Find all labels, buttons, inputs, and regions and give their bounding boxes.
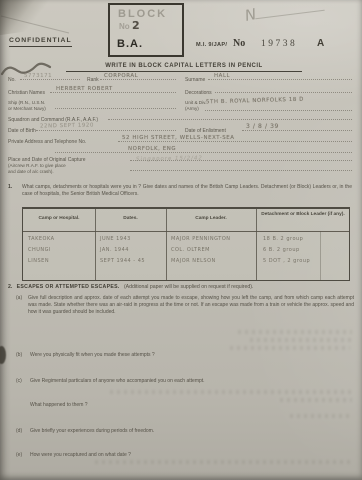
table-cell: CHUNGI [28, 245, 55, 256]
field-rank-value: CORPORAL [104, 73, 138, 79]
bleed-through-mark [250, 338, 352, 342]
capture-label-line3: and date of a/c crash). [8, 169, 86, 175]
field-no-label: No. [8, 77, 16, 83]
instruction-banner: WRITE IN BLOCK CAPITAL LETTERS IN PENCIL [66, 63, 302, 72]
table-header-divider [23, 231, 349, 232]
item-d-key: (d) [16, 428, 22, 435]
dotted-line [130, 163, 352, 171]
field-christian-names-value: HERBERT ROBERT [56, 86, 113, 92]
field-surname-label: Surname [185, 77, 205, 83]
field-decorations-label: Decorations [185, 90, 212, 96]
table-col-leader-values: MAJOR PENNINGTON COL. OLTREM MAJOR NELSO… [171, 234, 231, 267]
bleed-through-mark [230, 346, 350, 350]
pencil-n-mark: N [243, 5, 258, 25]
table-col-dates-values: JUNE 1943 JAN. 1944 SEPT 1944 - 45 [100, 234, 145, 267]
section2-heading: 2. ESCAPES OR ATTEMPTED ESCAPES. (Additi… [8, 284, 354, 290]
table-cell: 5 DOT , 2 group [263, 256, 310, 267]
table-header-dates: Dates. [95, 216, 166, 222]
table-cell: MAJOR NELSON [171, 256, 231, 267]
field-capture-value: Singapore 15/2/42 [136, 155, 203, 162]
field-no-value: 5773171 [24, 73, 52, 79]
serial-no-label: No [233, 38, 245, 49]
section2-note: (Additional paper will be supplied on re… [124, 284, 253, 290]
ref-code: M.I. 9/JAP/ [196, 42, 227, 48]
field-surname-value: HALL [214, 73, 230, 79]
stamp-no-text: No [119, 22, 130, 31]
bleed-through-mark [238, 330, 352, 334]
table-cell: COL. OLTREM [171, 245, 231, 256]
pow-questionnaire-form: CONFIDENTIAL BLOCK No 2 B.A. M.I. 9/JAP/… [0, 0, 362, 480]
dotted-line [108, 112, 352, 120]
serial-suffix: A [317, 38, 324, 49]
ship-label-line2: or Merchant Navy) [8, 106, 46, 112]
dotted-line [215, 85, 352, 93]
section2-title: ESCAPES OR ATTEMPTED ESCAPES. [17, 284, 120, 290]
bleed-through-mark [290, 414, 352, 418]
table-cell: LINSEN [28, 256, 55, 267]
field-ship-label: Ship (R.N., U.S.N. or Merchant Navy) [8, 100, 46, 111]
table-header-detachment: Detachment or Block Leader (if any). [261, 212, 345, 218]
confidential-label: CONFIDENTIAL [9, 37, 72, 47]
bleed-through-mark [280, 398, 352, 402]
field-enlistment-value: 3 / 8 / 39 [246, 123, 279, 130]
table-cell: JUNE 1943 [100, 234, 145, 245]
block-stamp: BLOCK No 2 B.A. [108, 3, 184, 57]
item-b-key: (b) [16, 352, 22, 359]
unit-label-line2: (Army) [185, 106, 206, 112]
table-cell: SEPT 1944 - 45 [100, 256, 145, 267]
dotted-line [55, 145, 352, 153]
item-e-text: How were you recaptured and on what date… [30, 452, 350, 459]
table-column-divider [256, 209, 257, 280]
table-col-detachment-values: 18 B. 2 group 6 B. 2 group 5 DOT , 2 gro… [263, 234, 310, 267]
table-cell: TAKEOKA [28, 234, 55, 245]
item-c2-text: What happened to them ? [30, 402, 350, 409]
bleed-through-mark [95, 460, 352, 464]
pencil-stroke [255, 10, 325, 20]
binder-mark [0, 346, 6, 364]
item-b-text: Were you physically fit when you made th… [30, 352, 350, 359]
camp-table: Camp or Hospital. Dates. Camp Leader. De… [22, 207, 350, 281]
table-cell: MAJOR PENNINGTON [171, 234, 231, 245]
unit-label-line1: Unit & Div. [185, 100, 206, 106]
question1-text: What camps, detachments or hospitals wer… [22, 184, 352, 198]
item-c-key: (c) [16, 378, 22, 385]
table-cell: JAN. 1944 [100, 245, 145, 256]
ship-label-line1: Ship (R.N., U.S.N. [8, 100, 46, 106]
field-unit-label: Unit & Div. (Army) [185, 100, 206, 111]
field-capture-label: Place and Date of Original Capture (Airc… [8, 157, 86, 175]
item-a-key: (a) [16, 295, 22, 302]
table-cell: 18 B. 2 group [263, 234, 310, 245]
section2-number: 2. [8, 284, 12, 290]
field-dob-label: Date of Birth [8, 128, 36, 134]
question1-number: 1. [8, 184, 12, 191]
table-col-camp-values: TAKEOKA CHUNGI LINSEN [28, 234, 55, 267]
field-christian-names-label: Christian Names [8, 90, 45, 96]
table-cell: 6 B. 2 group [263, 245, 310, 256]
serial-number: 19738 [261, 39, 297, 49]
item-d-text: Give briefly your experiences during per… [30, 428, 350, 435]
field-address-value2: NORFOLK, ENG [128, 146, 176, 152]
table-header-leader: Camp Leader. [166, 216, 256, 222]
stamp-ba-text: B.A. [117, 38, 143, 50]
field-address-value1: 52 HIGH STREET, WELLS-NEXT-SEA [122, 135, 235, 141]
field-rank-label: Rank [87, 77, 99, 83]
table-sub-divider [320, 231, 321, 280]
table-header-camp: Camp or Hospital. [23, 216, 95, 222]
bleed-through-mark [110, 390, 352, 394]
dotted-line [55, 101, 176, 109]
item-c-text: Give Regimental particulars of anyone wh… [30, 378, 350, 385]
stamp-no-value: 2 [132, 19, 140, 32]
stamp-block-text: BLOCK [118, 8, 167, 20]
item-e-key: (e) [16, 452, 22, 459]
field-dob-value: 22ND SEPT 1920 [40, 123, 94, 130]
item-a-text: Give full description and approx. date o… [28, 295, 354, 316]
